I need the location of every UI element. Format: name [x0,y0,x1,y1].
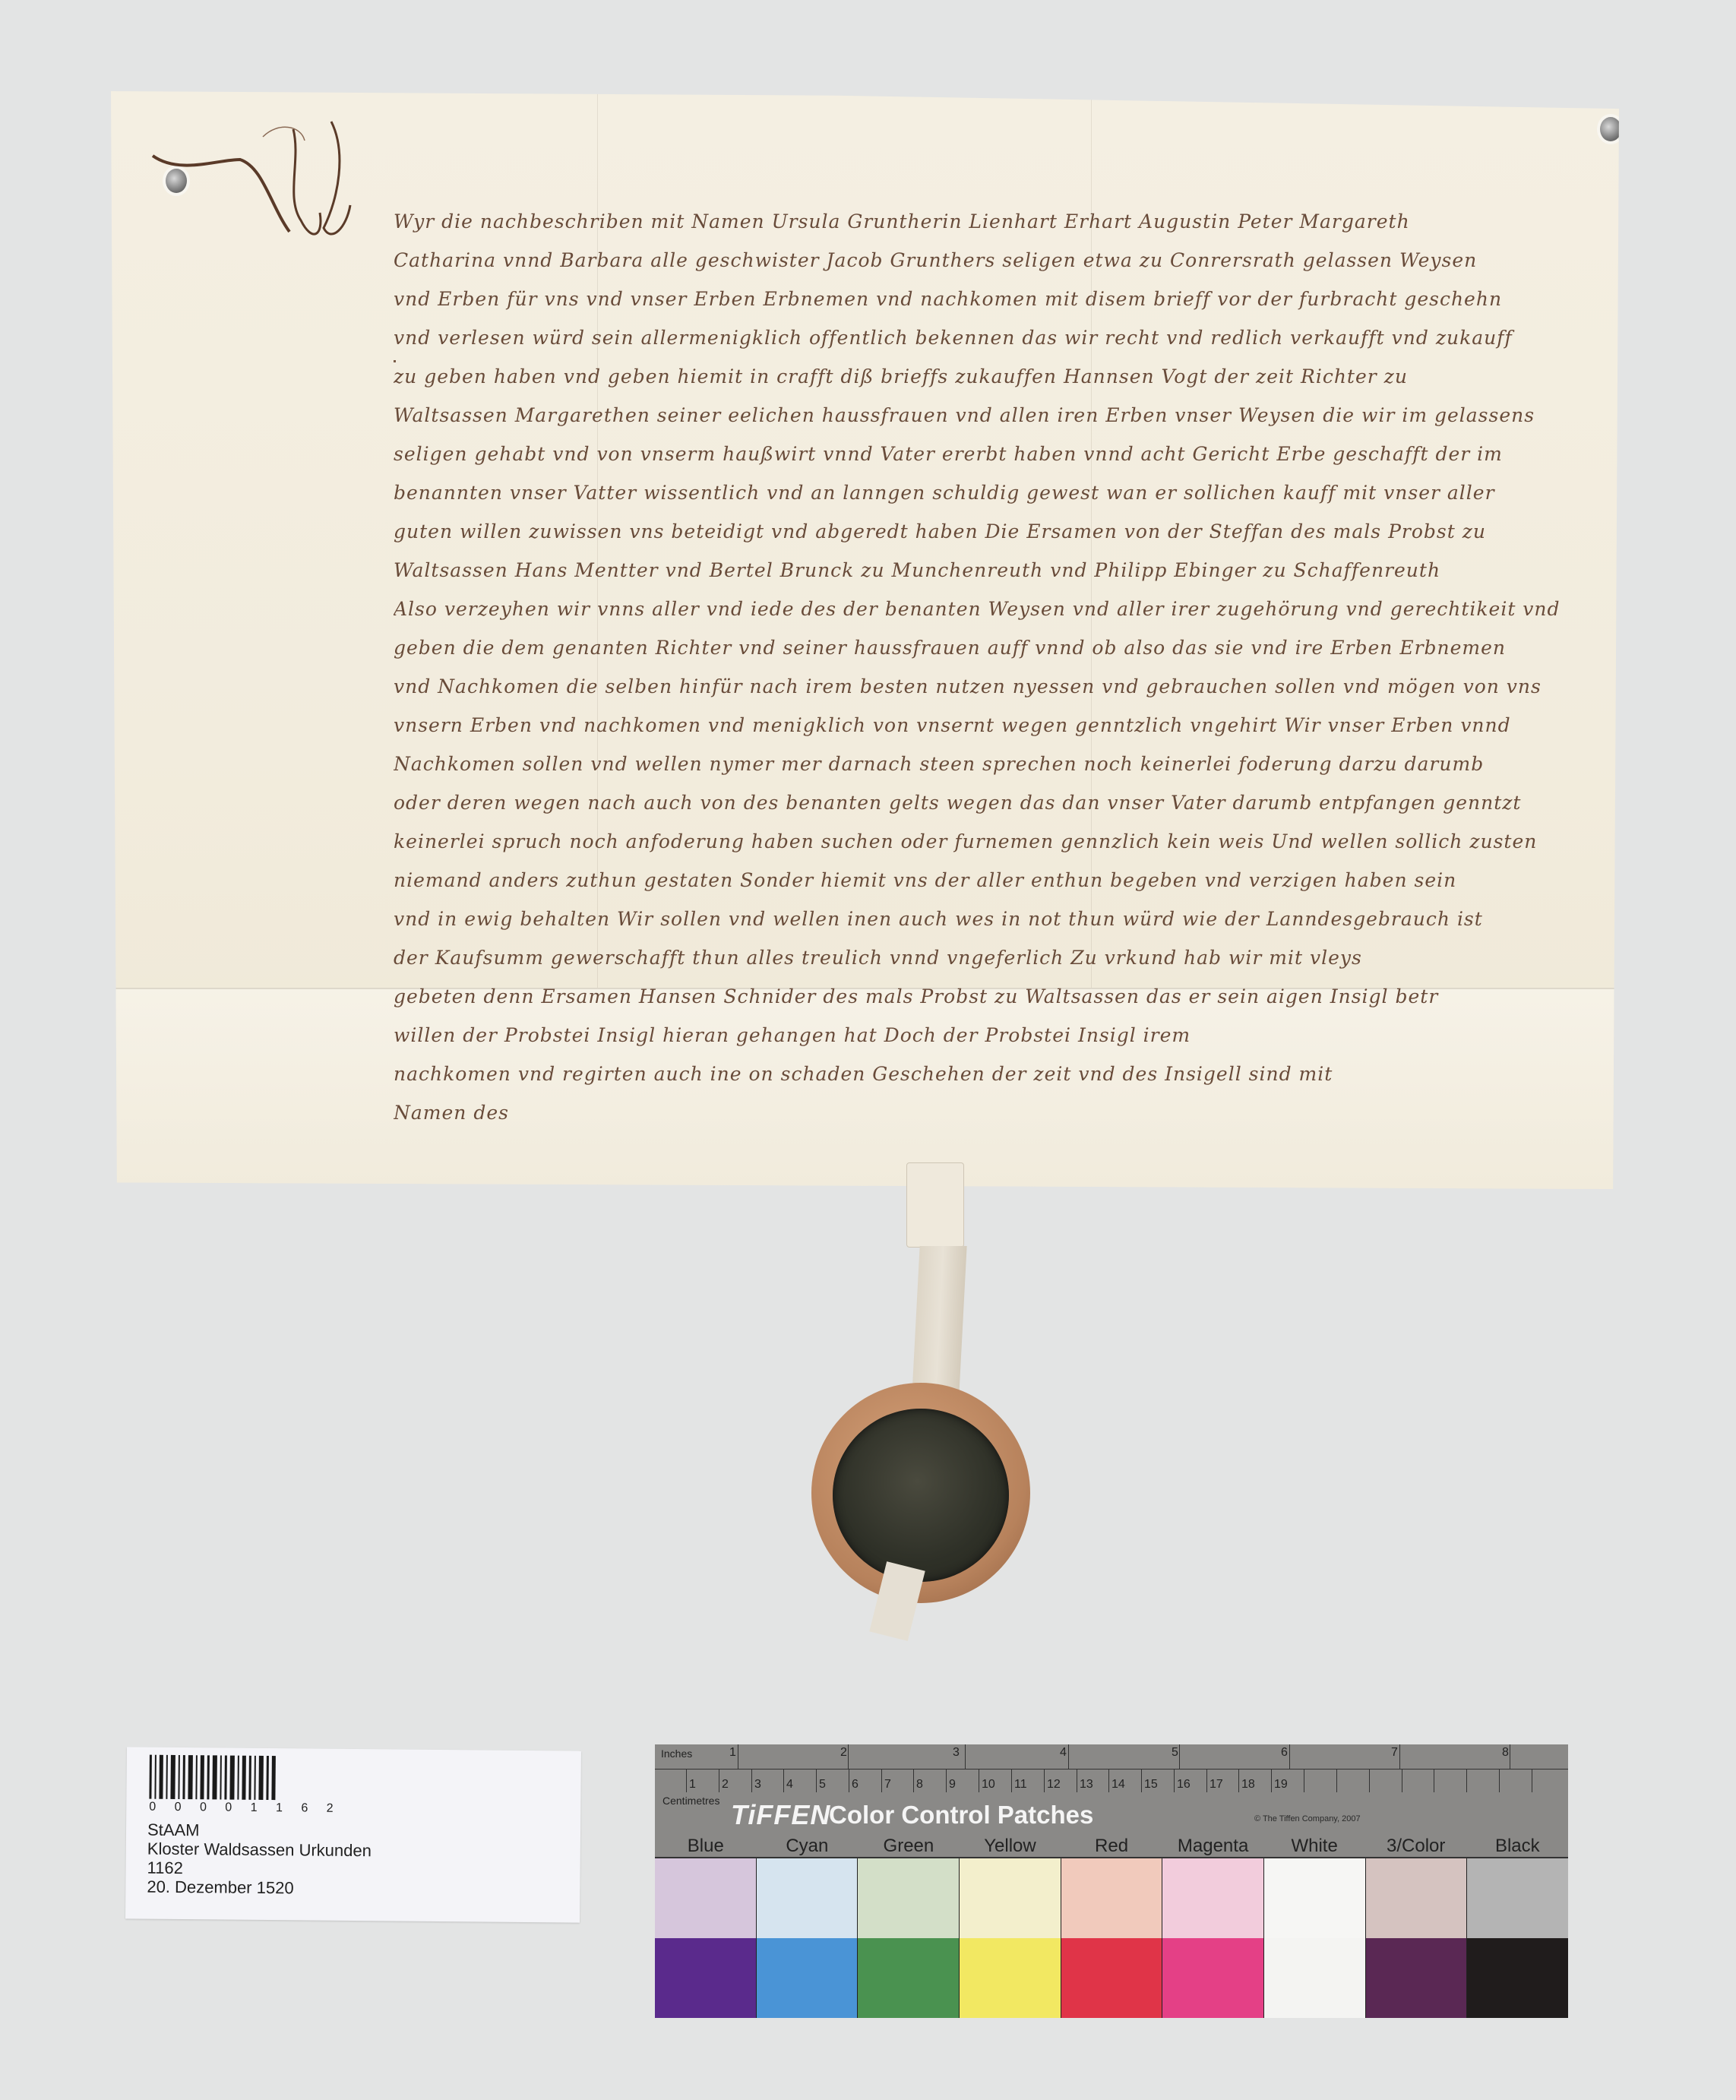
script-line: vnd in ewig behalten Wir sollen vnd well… [394,901,1609,938]
patch-label: Red [1061,1836,1162,1857]
patch-label: White [1263,1836,1365,1857]
patch-label: Blue [655,1836,757,1857]
patch-labels: Blue Cyan Green Yellow Red Magenta White… [655,1836,1568,1857]
script-line: vnd Nachkomen die selben hinfür nach ire… [394,669,1609,705]
patch-label: Yellow [960,1836,1061,1857]
script-line: vnd Erben für vns vnd vnser Erben Erbnem… [394,281,1609,318]
script-line: benannten vnser Vatter wissentlich vnd a… [394,475,1609,511]
patch-blue [655,1858,757,2018]
script-line: oder deren wegen nach auch von des benan… [394,785,1609,821]
barcode-number: 0 0 0 0 1 1 6 2 [149,1801,340,1816]
archive-label: 0 0 0 0 1 1 6 2 StAAM Kloster Waldsassen… [125,1747,581,1922]
script-line: Waltsassen Margarethen seiner eelichen h… [394,397,1609,434]
seal-tag-loop [906,1162,964,1248]
patch-black [1467,1858,1568,2018]
patch-white [1264,1858,1366,2018]
script-line: keinerlei spruch noch anfoderung haben s… [394,824,1609,860]
patch-magenta [1162,1858,1264,2018]
script-line: Namen des [394,1095,1609,1131]
script-line: willen der Probstei Insigl hieran gehang… [394,1017,1609,1054]
copyright-text: © The Tiffen Company, 2007 [1254,1814,1361,1823]
patch-yellow [960,1858,1061,2018]
chart-title: Color Control Patches [829,1801,1093,1830]
inches-label: Inches [661,1747,692,1760]
parchment-charter: Wyr die nachbeschriben mit Namen Ursula … [111,91,1619,1189]
patch-label: 3/Color [1365,1836,1467,1857]
seal-impression [833,1409,1009,1582]
script-line: geben die dem genanten Richter vnd seine… [394,630,1609,666]
patch-red [1061,1858,1163,2018]
script-line: guten willen zuwissen vns beteidigt vnd … [394,514,1609,550]
script-line: der Kaufsumm gewerschafft thun alles tre… [394,940,1609,976]
decorated-initial-icon [149,114,369,258]
patch-cyan [757,1858,859,2018]
patch-label: Green [858,1836,960,1857]
mounting-pin-icon [1597,114,1624,144]
script-line: seligen gehabt vnd von vnserm haußwirt v… [394,436,1609,473]
script-line: Waltsassen Hans Mentter vnd Bertel Brunc… [394,552,1609,589]
flourish-icon [394,360,396,393]
script-line: Nachkomen sollen vnd wellen nymer mer da… [394,746,1609,783]
document-date: 20. Dezember 1520 [147,1877,371,1899]
script-line: vnd verlesen würd sein allermenigklich o… [394,320,1609,356]
inch-scale [655,1744,1568,1770]
script-line: niemand anders zuthun gestaten Sonder hi… [394,862,1609,899]
charter-text: Wyr die nachbeschriben mit Namen Ursula … [394,204,1609,1134]
document-number: 1162 [147,1858,372,1880]
script-line: nachkomen vnd regirten auch ine on schad… [394,1056,1609,1093]
script-line: Catharina vnnd Barbara alle geschwister … [394,242,1609,279]
collection-name: Kloster Waldsassen Urkunden [147,1839,372,1861]
patch-3color [1366,1858,1468,2018]
script-line: Also verzeyhen wir vnns aller vnd iede d… [394,591,1609,628]
patch-label: Cyan [757,1836,859,1857]
script-line: gebeten denn Ersamen Hansen Schnider des… [394,979,1609,1015]
archive-name: StAAM [147,1820,372,1842]
centimetres-label: Centimetres [662,1795,719,1807]
script-line: Wyr die nachbeschriben mit Namen Ursula … [394,204,1609,240]
patch-green [858,1858,960,2018]
barcode-icon [149,1755,278,1800]
color-control-chart: Inches Centimetres 1 2 3 4 5 6 7 8 [655,1744,1568,2016]
script-line: zu geben haben vnd geben hiemit in craff… [394,359,1609,395]
patch-label: Black [1467,1836,1569,1857]
script-line: vnsern Erben vnd nachkomen vnd menigklic… [394,707,1609,744]
tiffen-logo: TiFFEN [731,1799,830,1831]
patch-label: Magenta [1162,1836,1264,1857]
color-patches [655,1857,1568,2018]
